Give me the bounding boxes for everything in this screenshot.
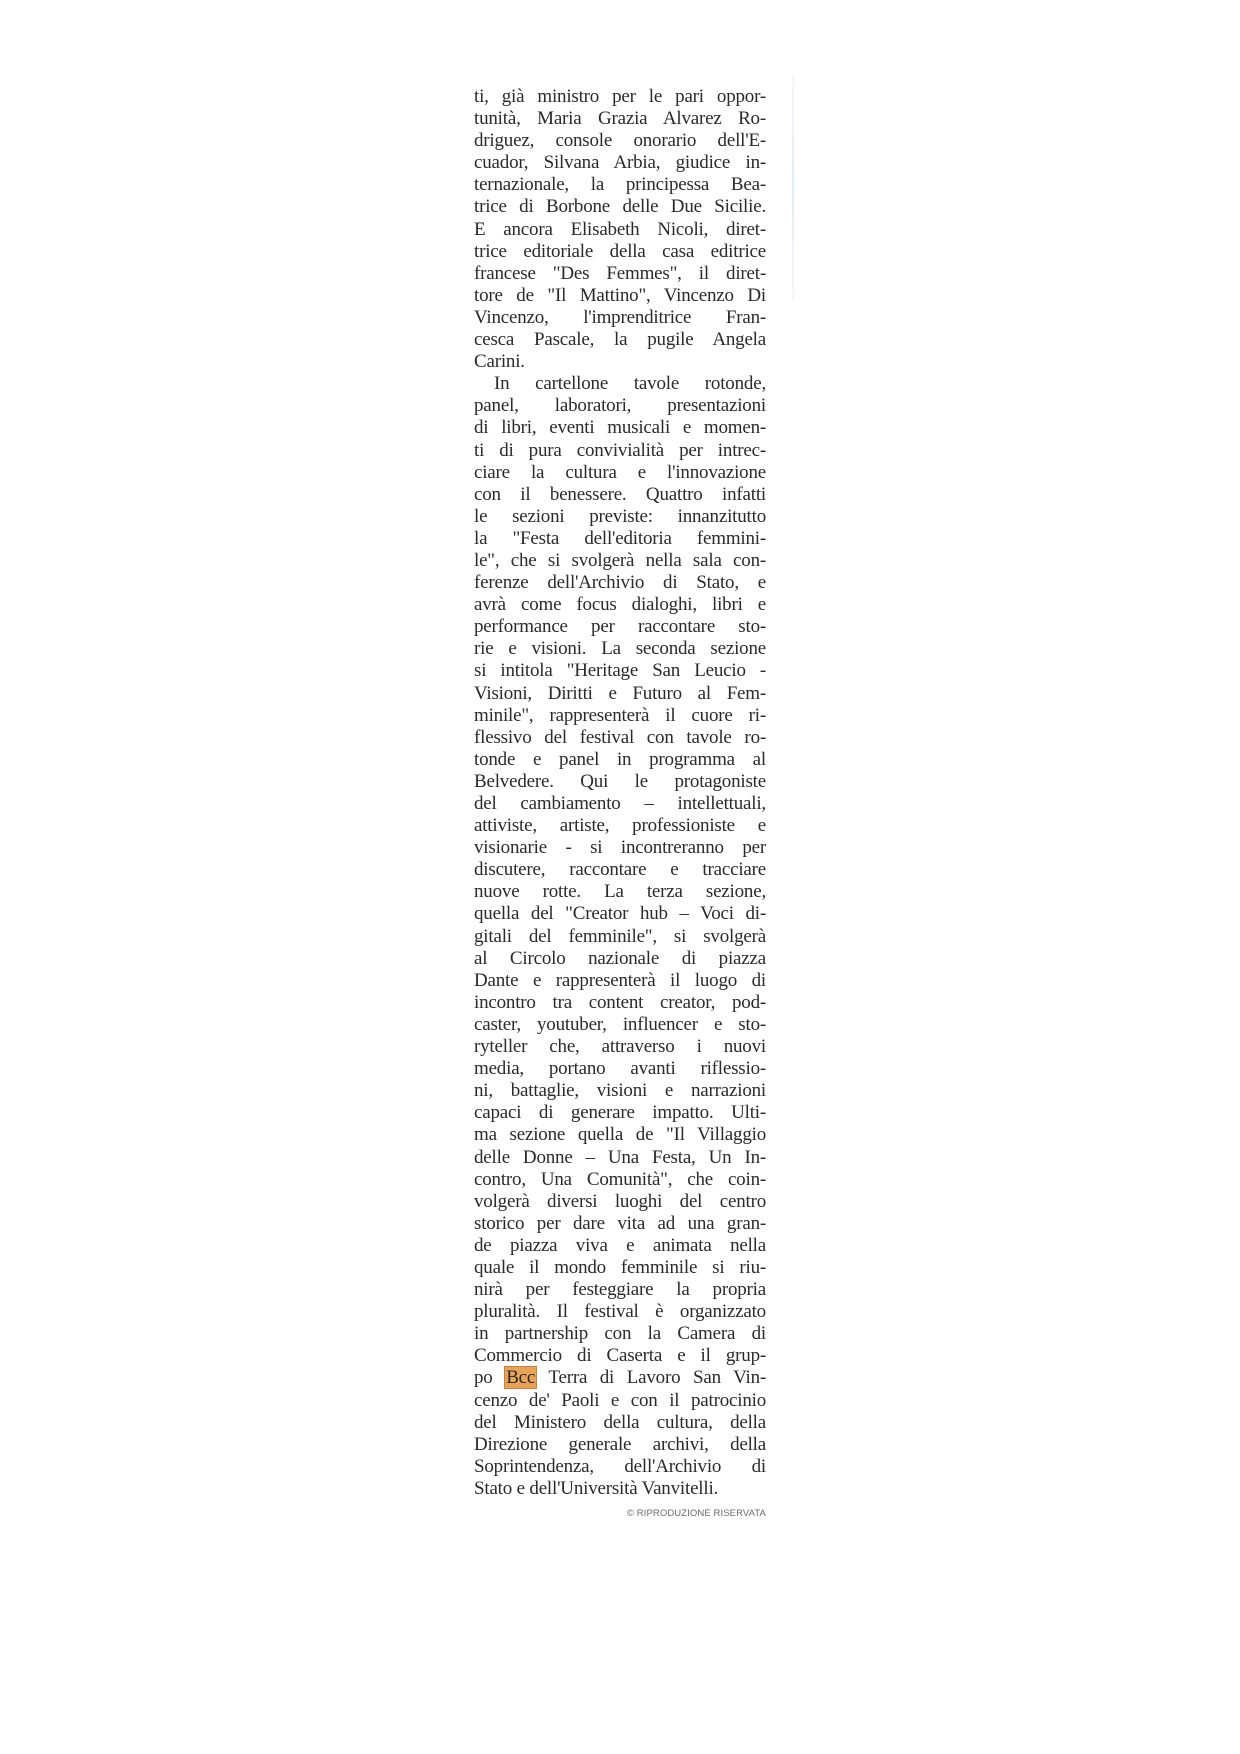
article-line: del Ministero della cultura, della — [474, 1412, 766, 1434]
article-line: capaci di generare impatto. Ulti- — [474, 1102, 766, 1124]
article-line: cenzo de' Paoli e con il patrocinio — [474, 1390, 766, 1412]
article-line: trice editoriale della casa editrice — [474, 241, 766, 263]
article-line: pluralità. Il festival è organizzato — [474, 1301, 766, 1323]
article-line: ferenze dell'Archivio di Stato, e — [474, 572, 766, 594]
article-line: nirà per festeggiare la propria — [474, 1279, 766, 1301]
paragraph-2: In cartellone tavole rotonde,panel, labo… — [474, 373, 766, 1367]
article-line: Carini. — [474, 351, 766, 373]
article-line: In cartellone tavole rotonde, — [474, 373, 766, 395]
article-line: ti di pura convivialità per intrec- — [474, 440, 766, 462]
article-line: gitali del femminile", si svolgerà — [474, 926, 766, 948]
article-line: ni, battaglie, visioni e narrazioni — [474, 1080, 766, 1102]
article-line: ternazionale, la principessa Bea- — [474, 174, 766, 196]
article-line: con il benessere. Quattro infatti — [474, 484, 766, 506]
highlighted-term-bcc: Bcc — [505, 1367, 536, 1388]
article-line: Commercio di Caserta e il grup- — [474, 1345, 766, 1367]
copyright-notice: © RIPRODUZIONE RISERVATA — [474, 1508, 766, 1519]
scan-edge-line — [792, 75, 794, 300]
article-line: delle Donne – Una Festa, Un In- — [474, 1147, 766, 1169]
article-line: panel, laboratori, presentazioni — [474, 395, 766, 417]
article-line: storico per dare vita ad una gran- — [474, 1213, 766, 1235]
article-line: nuove rotte. La terza sezione, — [474, 881, 766, 903]
article-line: visionarie - si incontreranno per — [474, 837, 766, 859]
article-line: driguez, console onorario dell'E- — [474, 130, 766, 152]
article-line: ryteller che, attraverso i nuovi — [474, 1036, 766, 1058]
article-line: rie e visioni. La seconda sezione — [474, 638, 766, 660]
article-line: ciare la cultura e l'innovazione — [474, 462, 766, 484]
article-line: Dante e rappresenterà il luogo di — [474, 970, 766, 992]
article-line: trice di Borbone delle Due Sicilie. — [474, 196, 766, 218]
article-line: si intitola "Heritage San Leucio - — [474, 660, 766, 682]
article-line: la "Festa dell'editoria femmini- — [474, 528, 766, 550]
article-line: cuador, Silvana Arbia, giudice in- — [474, 152, 766, 174]
paragraph-1: ti, già ministro per le pari oppor-tunit… — [474, 86, 766, 373]
article-line: le", che si svolgerà nella sala con- — [474, 550, 766, 572]
article-line: ma sezione quella de "Il Villaggio — [474, 1124, 766, 1146]
article-line: del cambiamento – intellettuali, — [474, 793, 766, 815]
article-line: le sezioni previste: innanzitutto — [474, 506, 766, 528]
article-line: caster, youtuber, influencer e sto- — [474, 1014, 766, 1036]
article-line-final: Stato e dell'Università Vanvitelli. — [474, 1478, 766, 1500]
article-line: media, portano avanti riflessio- — [474, 1058, 766, 1080]
article-line: Vincenzo, l'imprenditrice Fran- — [474, 307, 766, 329]
article-line: quale il mondo femminile si riu- — [474, 1257, 766, 1279]
article-line: tunità, Maria Grazia Alvarez Ro- — [474, 108, 766, 130]
article-line: Direzione generale archivi, della — [474, 1434, 766, 1456]
article-line: quella del "Creator hub – Voci di- — [474, 903, 766, 925]
article-line: francese "Des Femmes", il diret- — [474, 263, 766, 285]
article-line: Soprintendenza, dell'Archivio di — [474, 1456, 766, 1478]
article-line: volgerà diversi luoghi del centro — [474, 1191, 766, 1213]
article-line: avrà come focus dialoghi, libri e — [474, 594, 766, 616]
article-line: tonde e panel in programma al — [474, 749, 766, 771]
article-line: Visioni, Diritti e Futuro al Fem- — [474, 683, 766, 705]
article-line: performance per raccontare sto- — [474, 616, 766, 638]
article-line: cesca Pascale, la pugile Angela — [474, 329, 766, 351]
article-line: contro, Una Comunità", che coin- — [474, 1169, 766, 1191]
article-line: E ancora Elisabeth Nicoli, diret- — [474, 219, 766, 241]
article-line: Belvedere. Qui le protagoniste — [474, 771, 766, 793]
sponsor-line: po Bcc Terra di Lavoro San Vin- — [474, 1367, 766, 1389]
article-line: incontro tra content creator, pod- — [474, 992, 766, 1014]
article-line: tore de "Il Mattino", Vincenzo Di — [474, 285, 766, 307]
article-line: discutere, raccontare e tracciare — [474, 859, 766, 881]
article-line: minile", rappresenterà il cuore ri- — [474, 705, 766, 727]
sponsor-line-before: po — [474, 1367, 505, 1388]
article-line: in partnership con la Camera di — [474, 1323, 766, 1345]
article-line: al Circolo nazionale di piazza — [474, 948, 766, 970]
article-line: di libri, eventi musicali e momen- — [474, 417, 766, 439]
article-line: de piazza viva e animata nella — [474, 1235, 766, 1257]
article-line: ti, già ministro per le pari oppor- — [474, 86, 766, 108]
article-line: flessivo del festival con tavole ro- — [474, 727, 766, 749]
sponsor-line-after: Terra di Lavoro San Vin- — [536, 1367, 766, 1388]
article-body: ti, già ministro per le pari oppor-tunit… — [474, 86, 766, 1500]
article-line: attiviste, artiste, professioniste e — [474, 815, 766, 837]
